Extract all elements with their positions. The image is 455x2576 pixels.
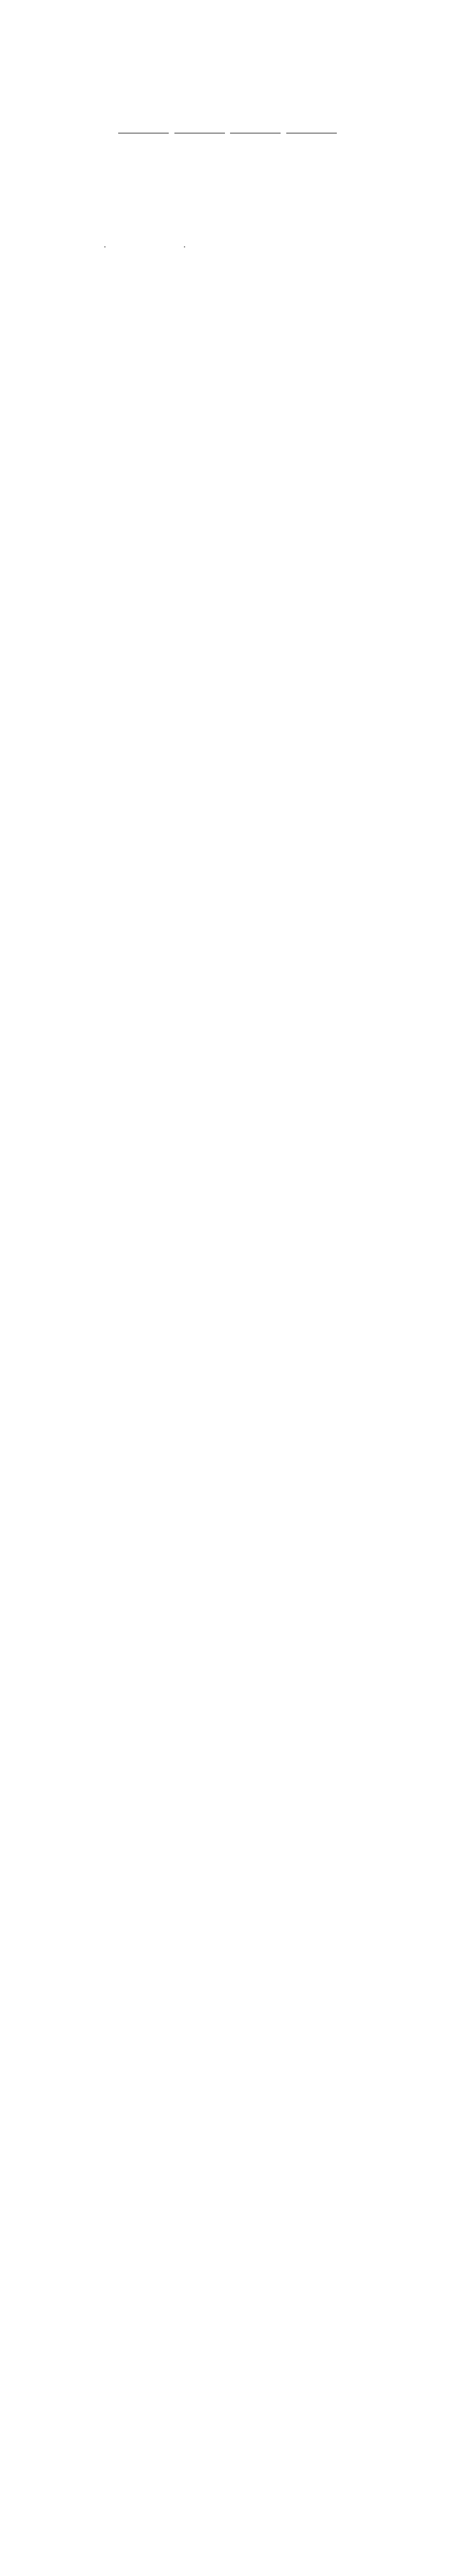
school-field[interactable] [118,124,169,133]
student-info-row [0,123,455,133]
name-field[interactable] [230,124,281,133]
option-b [104,242,106,252]
option-c [183,242,186,252]
score-field[interactable] [286,124,337,133]
class-field[interactable] [174,124,225,133]
